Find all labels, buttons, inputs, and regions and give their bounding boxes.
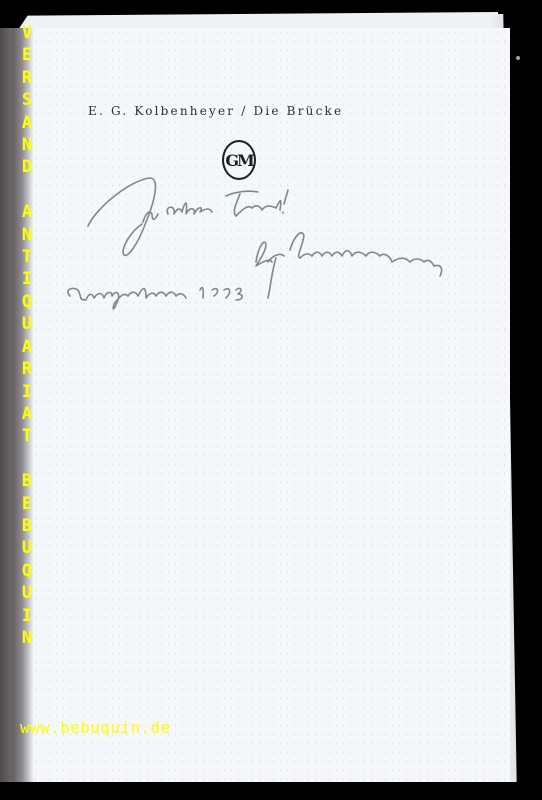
bottom-background: [0, 782, 542, 800]
watermark-letter: T: [22, 425, 32, 447]
watermark-letter: U: [22, 313, 32, 335]
watermark-letter: R: [22, 67, 32, 89]
watermark-letter: V: [22, 22, 32, 44]
watermark-letter: E: [22, 44, 32, 66]
watermark-letter: R: [22, 358, 32, 380]
vertical-watermark: V E R S A N D A N T I Q U A R I A T B E …: [19, 22, 35, 649]
watermark-letter: Q: [22, 291, 32, 313]
watermark-letter: A: [22, 336, 32, 358]
handwritten-inscription: [0, 0, 542, 800]
watermark-space: [22, 448, 32, 470]
watermark-letter: U: [22, 537, 32, 559]
watermark-letter: B: [22, 470, 32, 492]
watermark-letter: S: [22, 89, 32, 111]
watermark-letter: E: [22, 493, 32, 515]
watermark-letter: B: [22, 515, 32, 537]
watermark-space: [22, 179, 32, 201]
watermark-letter: D: [22, 156, 32, 178]
watermark-letter: N: [22, 224, 32, 246]
watermark-letter: I: [22, 605, 32, 627]
watermark-letter: I: [22, 381, 32, 403]
watermark-letter: A: [22, 403, 32, 425]
watermark-letter: A: [22, 112, 32, 134]
watermark-letter: N: [22, 134, 32, 156]
watermark-letter: T: [22, 246, 32, 268]
watermark-letter: Q: [22, 560, 32, 582]
watermark-letter: A: [22, 201, 32, 223]
watermark-letter: N: [22, 627, 32, 649]
watermark-letter: U: [22, 582, 32, 604]
watermark-letter: I: [22, 268, 32, 290]
watermark-url: www.bebuquin.de: [20, 718, 171, 737]
